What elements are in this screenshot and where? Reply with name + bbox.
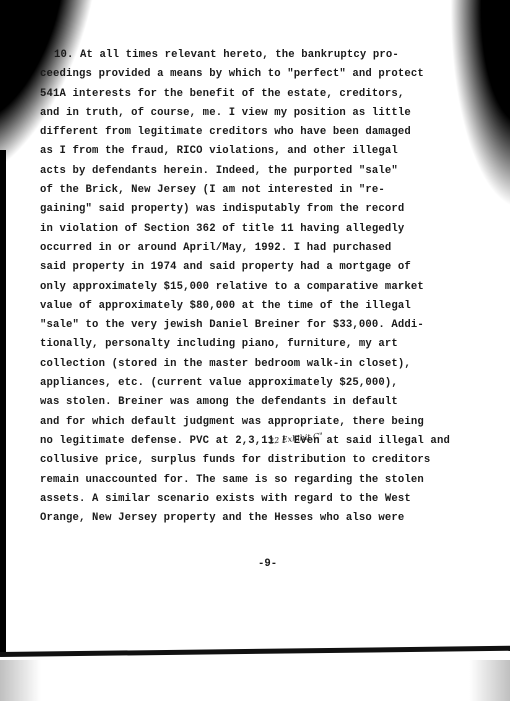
text-line: and for which default judgment was appro… (40, 413, 490, 432)
text-line: no legitimate defense. PVC at 2,3,11 ! E… (40, 432, 490, 451)
text-line: acts by defendants herein. Indeed, the p… (40, 162, 490, 181)
text-line: tionally, personalty including piano, fu… (40, 335, 490, 354)
text-line: ceedings provided a means by which to "p… (40, 65, 490, 84)
text-line: 10. At all times relevant hereto, the ba… (40, 46, 490, 65)
text-line: collusive price, surplus funds for distr… (40, 451, 490, 470)
text-line: said property in 1974 and said property … (40, 258, 490, 277)
text-line: different from legitimate creditors who … (40, 123, 490, 142)
text-line: Orange, New Jersey property and the Hess… (40, 509, 490, 528)
text-line: occurred in or around April/May, 1992. I… (40, 239, 490, 258)
text-line: of the Brick, New Jersey (I am not inter… (40, 181, 490, 200)
text-line: was stolen. Breiner was among the defend… (40, 393, 490, 412)
text-line: and in truth, of course, me. I view my p… (40, 104, 490, 123)
text-line: appliances, etc. (current value approxim… (40, 374, 490, 393)
scan-noise-bottom (0, 660, 510, 701)
text-line: collection (stored in the master bedroom… (40, 355, 490, 374)
text-line: in violation of Section 362 of title 11 … (40, 220, 490, 239)
text-line: 541A interests for the benefit of the es… (40, 85, 490, 104)
text-line: only approximately $15,000 relative to a… (40, 278, 490, 297)
scan-edge-bottom (0, 646, 510, 657)
page-number: -9- (258, 558, 277, 570)
text-line: assets. A similar scenario exists with r… (40, 490, 490, 509)
document-page: 10. At all times relevant hereto, the ba… (40, 46, 490, 528)
text-line: gaining" said property) was indisputably… (40, 200, 490, 219)
scan-edge-left (0, 150, 6, 655)
text-line: value of approximately $80,000 at the ti… (40, 297, 490, 316)
text-line: as I from the fraud, RICO violations, an… (40, 142, 490, 161)
text-line: remain unaccounted for. The same is so r… (40, 471, 490, 490)
text-line: "sale" to the very jewish Daniel Breiner… (40, 316, 490, 335)
